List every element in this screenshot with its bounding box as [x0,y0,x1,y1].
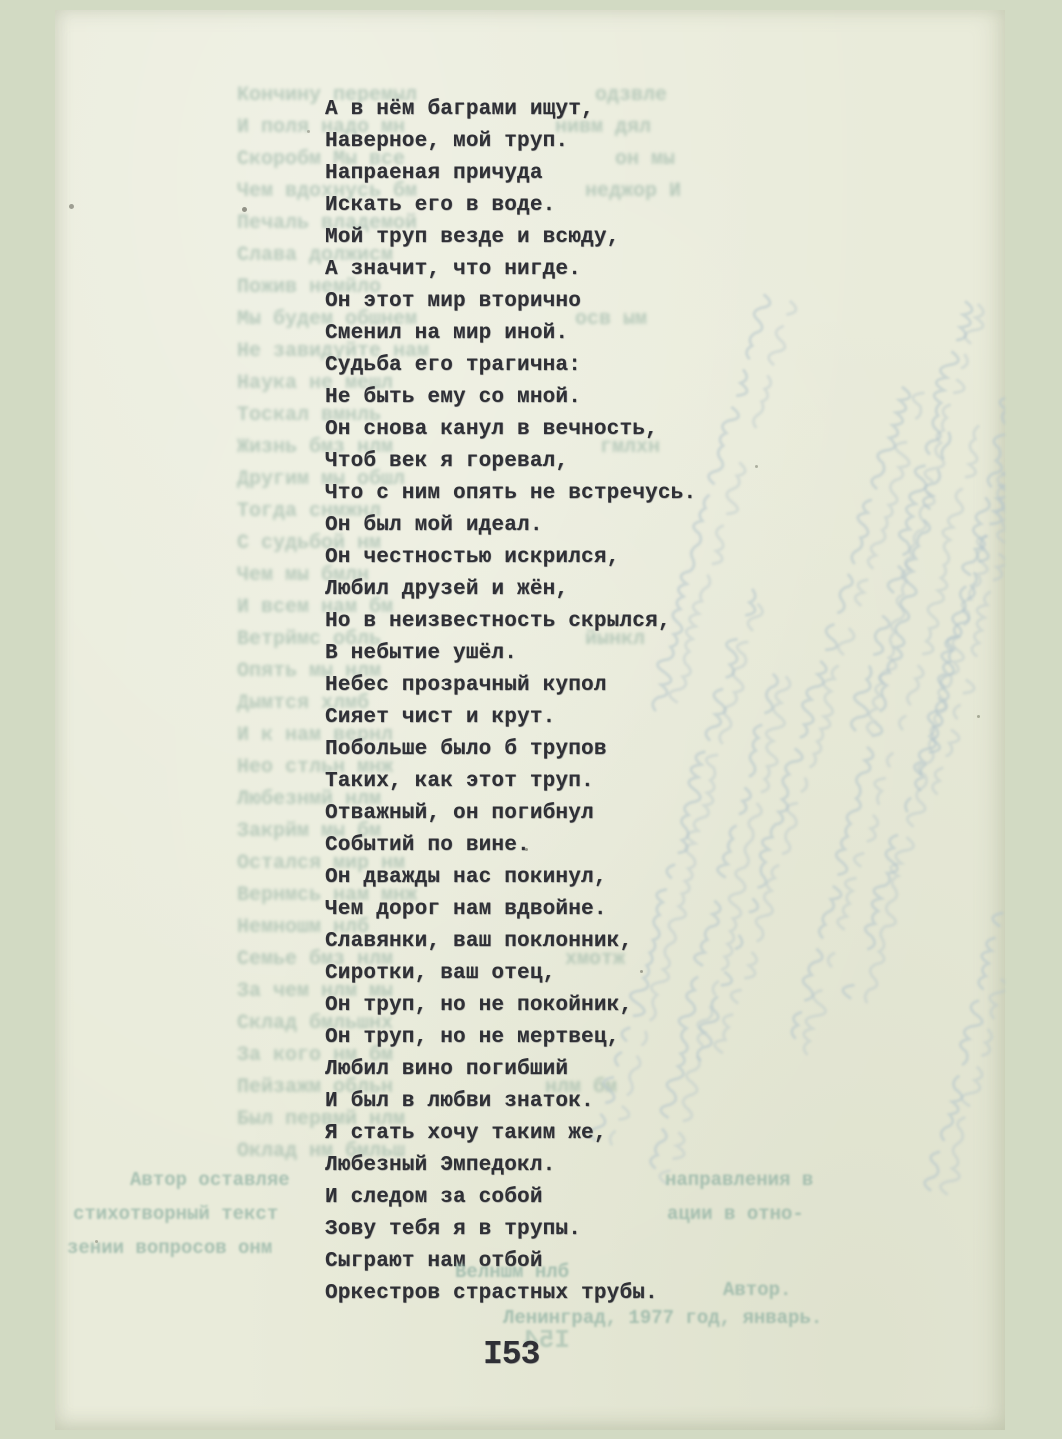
ghost-typed-fragment: направления в [665,1168,813,1192]
paper-specks [55,10,58,13]
ghost-typed-fragment: Велншм нлб [455,1260,569,1284]
ghost-typed-fragment: Автор. [723,1278,791,1302]
ghost-typed-fragment: Автор оставляе [130,1168,290,1192]
scanned-page-photo: Кончину перемылодзвлеИ поля надо мннивм … [0,0,1062,1439]
bottom-showthrough-layer: Автор оставляенаправления встихотворный … [55,10,1005,1430]
ghost-typed-fragment: стихотворный текст [73,1202,278,1226]
ghost-typed-fragment: зении вопросов онм [67,1236,272,1260]
page-number: I53 [483,1336,539,1374]
ghost-typed-fragment: ации в отно- [667,1202,804,1226]
typewritten-page: Кончину перемылодзвлеИ поля надо мннивм … [55,10,1005,1430]
